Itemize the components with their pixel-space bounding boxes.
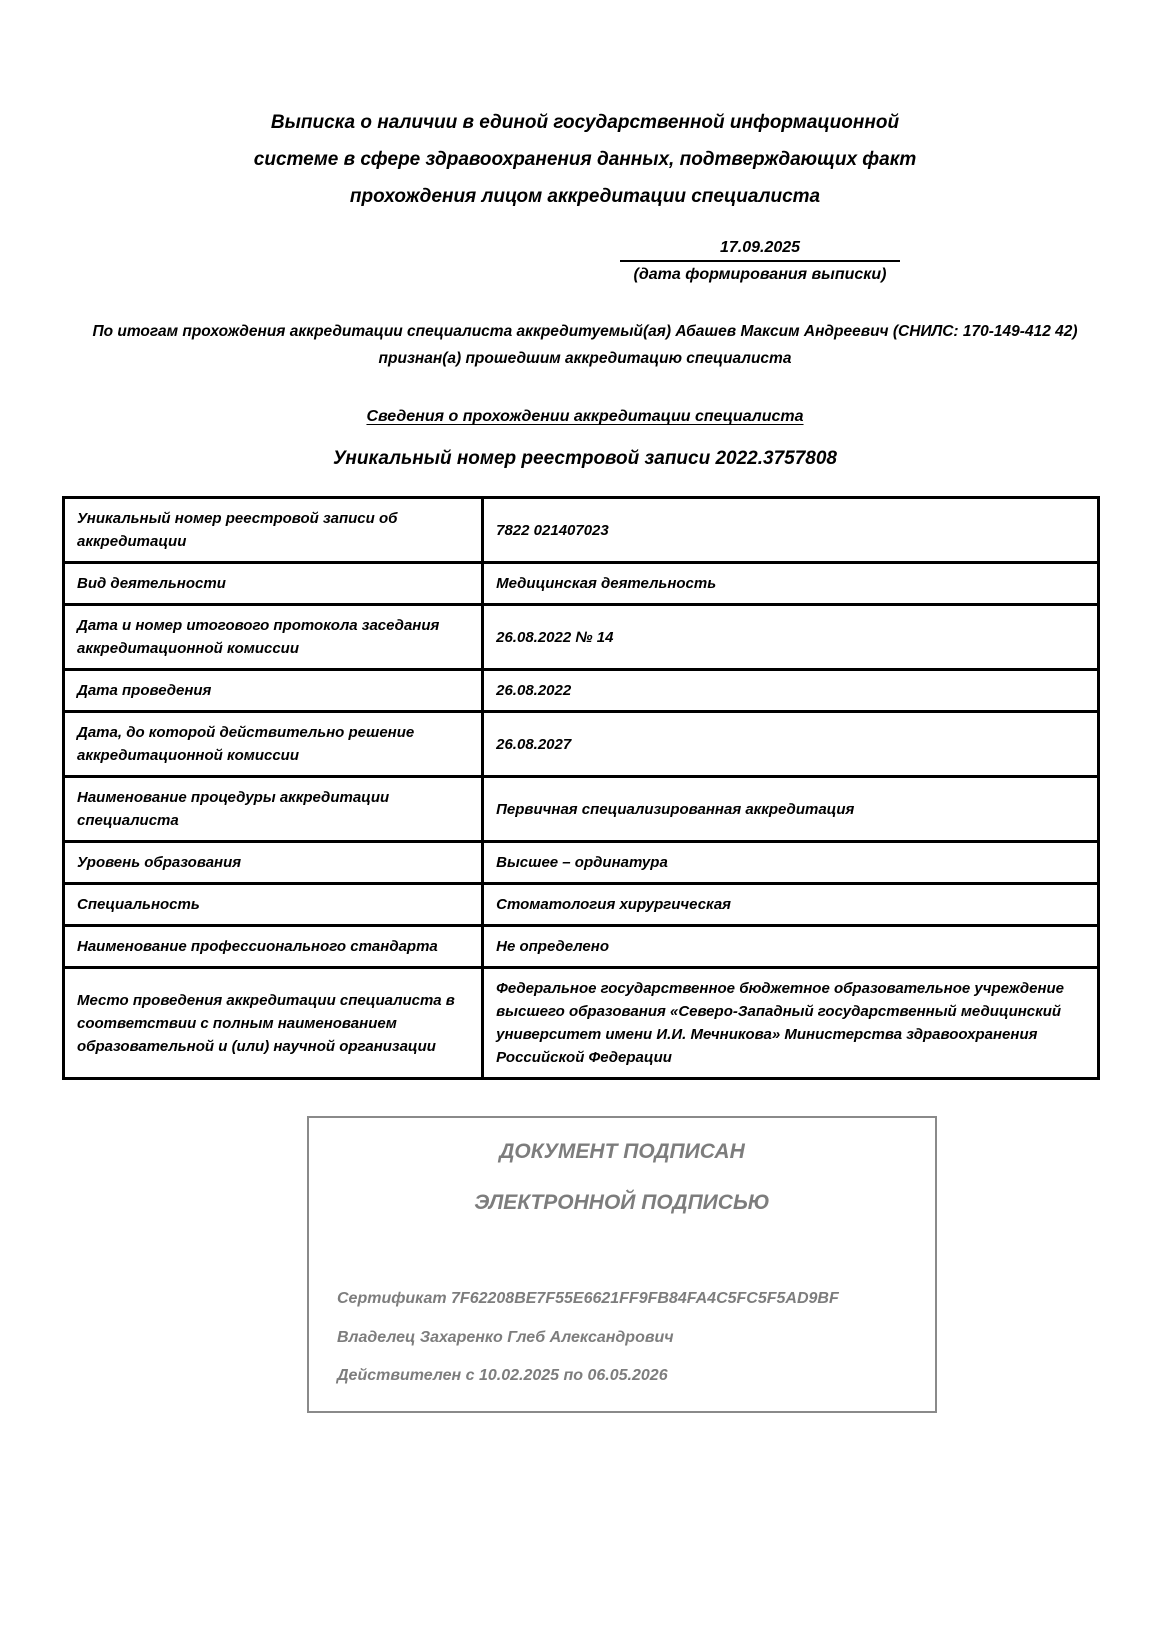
electronic-signature-stamp: ДОКУМЕНТ ПОДПИСАН ЭЛЕКТРОННОЙ ПОДПИСЬЮ С… [307, 1116, 937, 1413]
field-value: Стоматология хирургическая [483, 884, 1099, 926]
field-label: Уровень образования [64, 842, 483, 884]
field-value: Высшее – ординатура [483, 842, 1099, 884]
table-row: Уникальный номер реестровой записи об ак… [64, 498, 1099, 563]
table-row: Место проведения аккредитации специалист… [64, 968, 1099, 1079]
table-row: Вид деятельности Медицинская деятельност… [64, 563, 1099, 605]
field-value: Первичная специализированная аккредитаци… [483, 777, 1099, 842]
field-label: Вид деятельности [64, 563, 483, 605]
signature-head-line-1: ДОКУМЕНТ ПОДПИСАН [337, 1140, 907, 1164]
table-row: Дата, до которой действительно решение а… [64, 712, 1099, 777]
title-line-3: прохождения лицом аккредитации специалис… [0, 178, 1170, 215]
signature-owner: Владелец Захаренко Глеб Александрович [337, 1328, 907, 1347]
title-line-2: системе в сфере здравоохранения данных, … [0, 141, 1170, 178]
field-value: 26.08.2022 [483, 670, 1099, 712]
title-line-1: Выписка о наличии в единой государственн… [0, 104, 1170, 141]
extract-date-block: 17.09.2025 (дата формирования выписки) [620, 239, 900, 284]
field-value: Не определено [483, 926, 1099, 968]
field-label: Дата проведения [64, 670, 483, 712]
table-row: Наименование процедуры аккредитации спец… [64, 777, 1099, 842]
document-page: Выписка о наличии в единой государственн… [0, 0, 1170, 1638]
extract-date-caption: (дата формирования выписки) [620, 266, 900, 284]
signature-head-line-2: ЭЛЕКТРОННОЙ ПОДПИСЬЮ [337, 1191, 907, 1215]
table-row: Уровень образования Высшее – ординатура [64, 842, 1099, 884]
field-value: 26.08.2027 [483, 712, 1099, 777]
table-row: Наименование профессионального стандарта… [64, 926, 1099, 968]
field-value: Медицинская деятельность [483, 563, 1099, 605]
extract-date: 17.09.2025 [620, 239, 900, 262]
section-heading: Сведения о прохождении аккредитации спец… [0, 408, 1170, 426]
field-value: 7822 021407023 [483, 498, 1099, 563]
table-row: Дата проведения 26.08.2022 [64, 670, 1099, 712]
field-label: Наименование профессионального стандарта [64, 926, 483, 968]
field-value: 26.08.2022 № 14 [483, 605, 1099, 670]
field-label: Наименование процедуры аккредитации спец… [64, 777, 483, 842]
field-value: Федеральное государственное бюджетное об… [483, 968, 1099, 1079]
field-label: Место проведения аккредитации специалист… [64, 968, 483, 1079]
field-label: Дата, до которой действительно решение а… [64, 712, 483, 777]
document-title: Выписка о наличии в единой государственн… [0, 104, 1170, 215]
field-label: Специальность [64, 884, 483, 926]
registry-number-heading: Уникальный номер реестровой записи 2022.… [0, 448, 1170, 470]
intro-paragraph: По итогам прохождения аккредитации специ… [85, 318, 1085, 372]
table-row: Специальность Стоматология хирургическая [64, 884, 1099, 926]
signature-validity: Действителен с 10.02.2025 по 06.05.2026 [337, 1366, 907, 1385]
field-label: Уникальный номер реестровой записи об ак… [64, 498, 483, 563]
field-label: Дата и номер итогового протокола заседан… [64, 605, 483, 670]
accreditation-table: Уникальный номер реестровой записи об ак… [62, 496, 1100, 1080]
table-row: Дата и номер итогового протокола заседан… [64, 605, 1099, 670]
signature-certificate: Сертификат 7F62208BE7F55E6621FF9FB84FA4C… [337, 1289, 907, 1308]
